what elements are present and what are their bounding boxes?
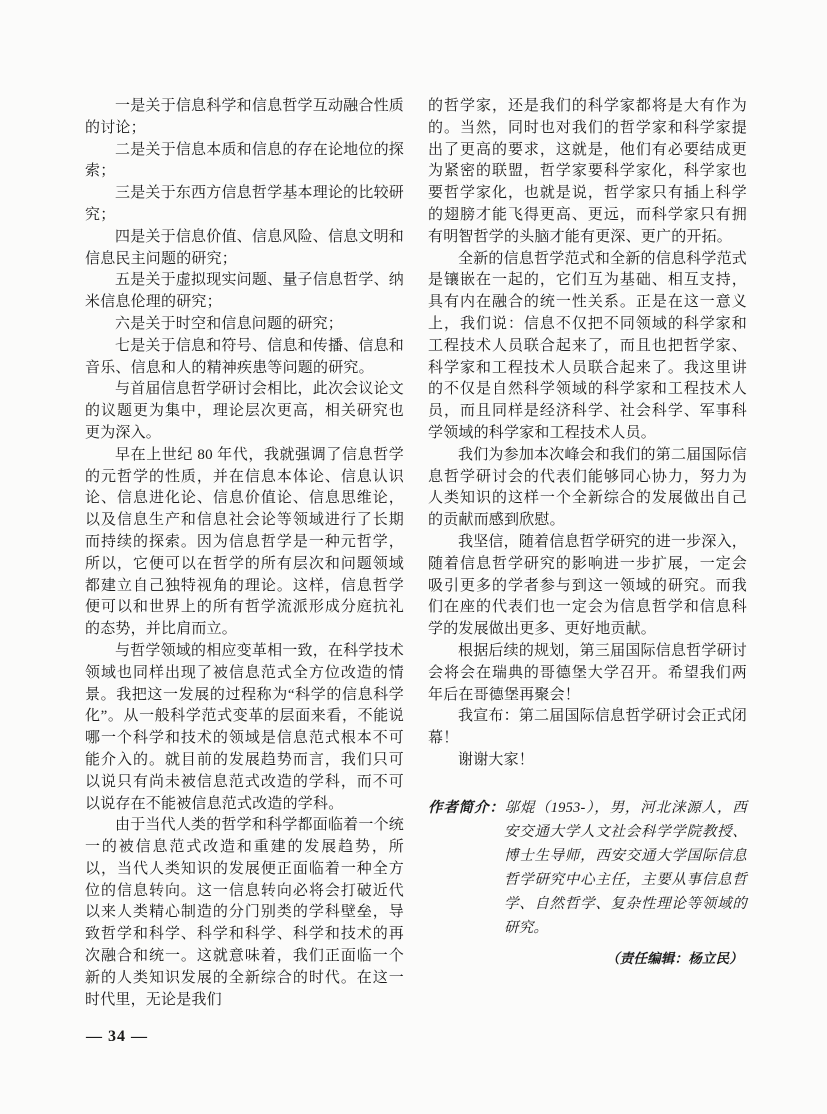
left-text-column: 一是关于信息科学和信息哲学互动融合性质的讨论；二是关于信息本质和信息的存在论地位… [85, 96, 404, 1011]
author-bio-text: 邬焜（1953-），男，河北涞源人，西安交通大学人文社会科学学院教授、博士生导师… [504, 800, 747, 936]
paragraph: 五是关于虚拟现实问题、量子信息哲学、纳米信息伦理的研究； [85, 270, 404, 314]
scanned-journal-page: 一是关于信息科学和信息哲学互动融合性质的讨论；二是关于信息本质和信息的存在论地位… [0, 0, 827, 1114]
right-column-paragraphs: 的哲学家，还是我们的科学家都将是大有作为的。当然，同时也对我们的哲学家和科学家提… [428, 96, 747, 772]
paragraph: 二是关于信息本质和信息的存在论地位的探索； [85, 140, 404, 184]
paragraph: 六是关于时空和信息问题的研究； [85, 314, 404, 336]
article-body: 一是关于信息科学和信息哲学互动融合性质的讨论；二是关于信息本质和信息的存在论地位… [85, 96, 747, 1011]
paragraph: 全新的信息哲学范式和全新的信息科学范式是镶嵌在一起的，它们互为基础、相互支持，具… [428, 249, 747, 445]
paragraph: 三是关于东西方信息哲学基本理论的比较研究； [85, 183, 404, 227]
paragraph: 与首届信息哲学研讨会相比，此次会议论文的议题更为集中，理论层次更高，相关研究也更… [85, 379, 404, 444]
paragraph: 四是关于信息价值、信息风险、信息文明和信息民主问题的研究； [85, 227, 404, 271]
paragraph: 的哲学家，还是我们的科学家都将是大有作为的。当然，同时也对我们的哲学家和科学家提… [428, 96, 747, 249]
paragraph: 与哲学领域的相应变革相一致，在科学技术领域也同样出现了被信息范式全方位改造的情景… [85, 641, 404, 815]
paragraph: 我坚信，随着信息哲学研究的进一步深入，随着信息哲学研究的影响进一步扩展，一定会吸… [428, 532, 747, 641]
paragraph: 我宣布：第二届国际信息哲学研讨会正式闭幕！ [428, 706, 747, 750]
editor-credit: （责任编辑：杨立民） [428, 948, 747, 970]
author-bio-label: 作者简介： [428, 800, 505, 816]
paragraph: 早在上世纪 80 年代，我就强调了信息哲学的元哲学的性质，并在信息本体论、信息认… [85, 445, 404, 641]
paragraph: 我们为参加本次峰会和我们的第二届国际信息哲学研讨会的代表们能够同心协力，努力为人… [428, 445, 747, 532]
paragraph: 七是关于信息和符号、信息和传播、信息和音乐、信息和人的精神疾患等问题的研究。 [85, 336, 404, 380]
paragraph: 根据后续的规划，第三届国际信息哲学研讨会将会在瑞典的哥德堡大学召开。希望我们两年… [428, 641, 747, 706]
paragraph: 由于当代人类的哲学和科学都面临着一个统一的被信息范式改造和重建的发展趋势，所以，… [85, 815, 404, 1011]
paragraph: 谢谢大家！ [428, 750, 747, 772]
page-number: — 34 — [86, 1028, 148, 1046]
right-text-column: 的哲学家，还是我们的科学家都将是大有作为的。当然，同时也对我们的哲学家和科学家提… [428, 96, 747, 1011]
paragraph: 一是关于信息科学和信息哲学互动融合性质的讨论； [85, 96, 404, 140]
author-bio: 作者简介：邬焜（1953-），男，河北涞源人，西安交通大学人文社会科学学院教授、… [428, 796, 747, 940]
